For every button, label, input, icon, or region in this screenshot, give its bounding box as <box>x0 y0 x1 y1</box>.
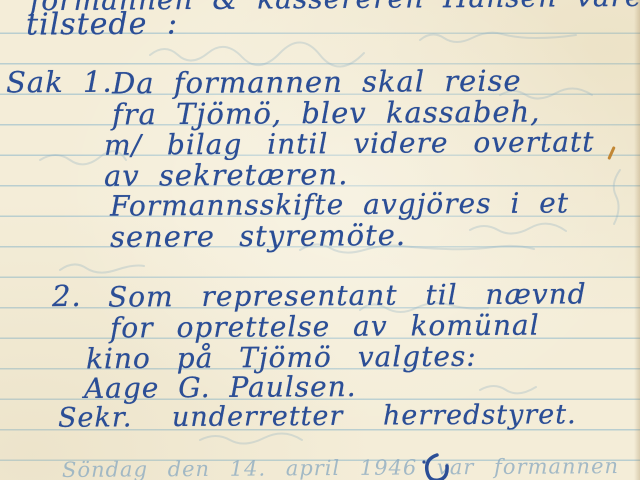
page-edge <box>634 0 640 480</box>
ink-stroke <box>0 0 640 480</box>
notebook-page: formannen & kassereren Hansen vare tilst… <box>0 0 640 480</box>
